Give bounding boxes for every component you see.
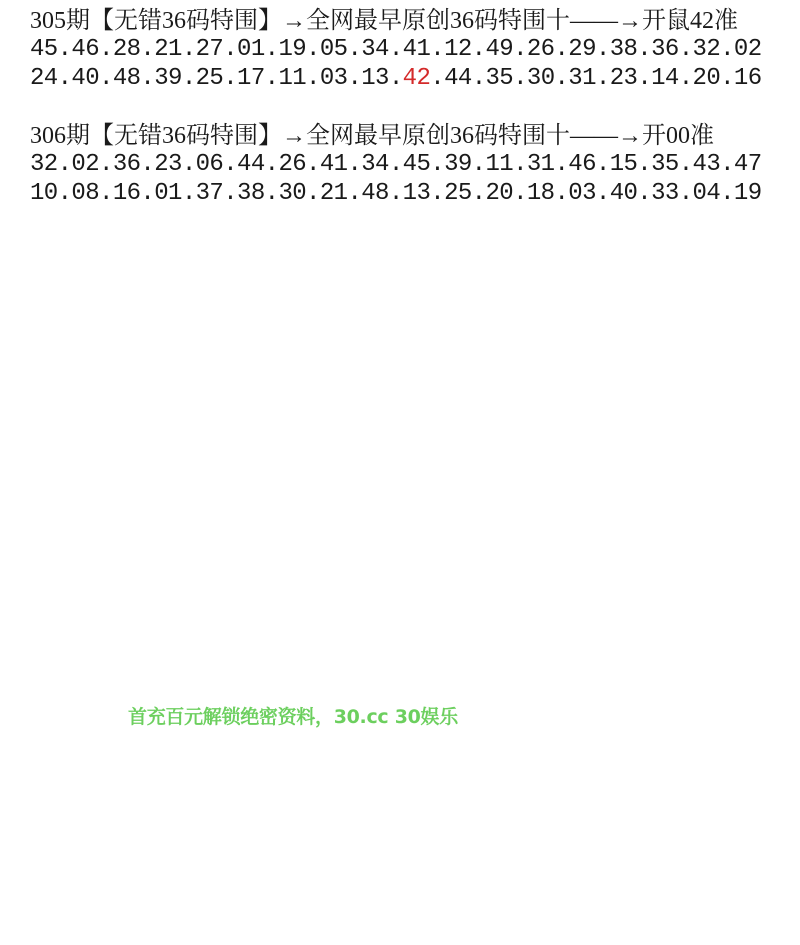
period-305-section: 305期【无错36码特围】→全网最早原创36码特围十——→开鼠42准 45.46…	[30, 6, 800, 94]
period-306-numbers-row-2: 10.08.16.01.37.38.30.21.48.13.25.20.18.0…	[30, 179, 800, 209]
numbers-after-hit: .44.35.30.31.23.14.20.16	[430, 65, 761, 92]
numbers-before-hit: 24.40.48.39.25.17.11.03.13.	[30, 65, 403, 92]
period-305-numbers-row-1: 45.46.28.21.27.01.19.05.34.41.12.49.26.2…	[30, 35, 800, 65]
period-305-headline: 305期【无错36码特围】→全网最早原创36码特围十——→开鼠42准	[30, 6, 800, 36]
promo-link[interactable]: 首充百元解锁绝密资料，30.cc 30娱乐	[128, 702, 458, 729]
period-305-numbers-row-2: 24.40.48.39.25.17.11.03.13.42.44.35.30.3…	[30, 64, 800, 94]
hit-number-highlight: 42	[403, 65, 431, 92]
period-306-headline: 306期【无错36码特围】→全网最早原创36码特围十——→开00准	[30, 121, 800, 151]
prediction-image: 305期【无错36码特围】→全网最早原创36码特围十——→开鼠42准 45.46…	[0, 0, 800, 215]
period-306-section: 306期【无错36码特围】→全网最早原创36码特围十——→开00准 32.02.…	[30, 121, 800, 209]
period-306-numbers-row-1: 32.02.36.23.06.44.26.41.34.45.39.11.31.4…	[30, 150, 800, 180]
